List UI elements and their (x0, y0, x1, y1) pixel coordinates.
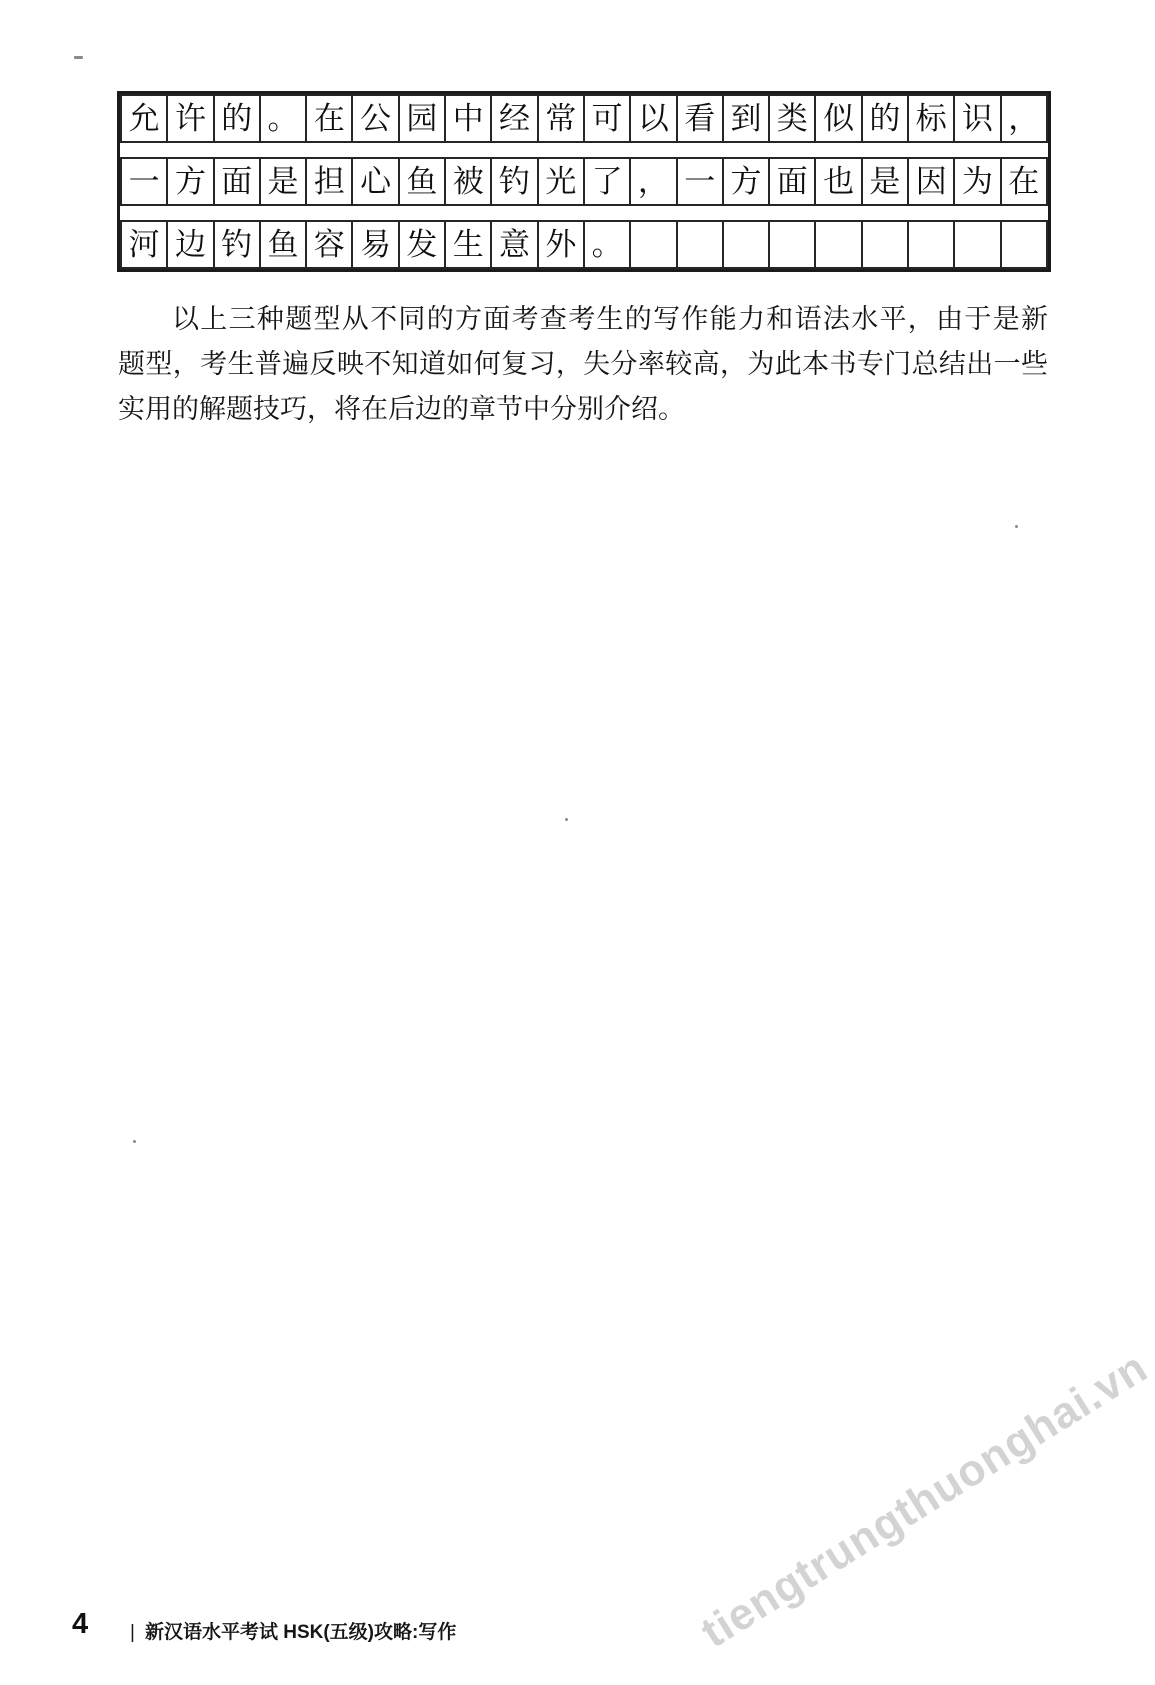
scanned-book-page: 允许的。在公园中经常可以看到类似的标识，一方面是担心鱼被钓光了，一方面也是因为在… (0, 0, 1155, 1685)
scan-speck (1015, 525, 1018, 528)
grid-cell: 面 (768, 157, 816, 206)
scan-speck (74, 56, 83, 59)
grid-cell: 为 (953, 157, 1001, 206)
grid-cell: 方 (722, 157, 770, 206)
page-number: 4 (72, 1608, 88, 1641)
scan-speck (565, 818, 568, 821)
grid-cell: 许 (166, 94, 214, 143)
grid-cell: 生 (444, 220, 492, 269)
grid-row: 河边钓鱼容易发生意外。 (120, 220, 1048, 269)
grid-cell: 一 (120, 157, 168, 206)
grid-cell: 中 (444, 94, 492, 143)
grid-cell (814, 220, 862, 269)
grid-cell: 似 (814, 94, 862, 143)
grid-cell (907, 220, 955, 269)
grid-cell (861, 220, 909, 269)
grid-cell: 是 (259, 157, 307, 206)
grid-cell: 到 (722, 94, 770, 143)
grid-cell (722, 220, 770, 269)
grid-cell: 经 (490, 94, 538, 143)
grid-cell: 鱼 (398, 157, 446, 206)
grid-cell: 在 (1000, 157, 1048, 206)
grid-cell: 的 (861, 94, 909, 143)
grid-cell: 面 (213, 157, 261, 206)
grid-cell: 因 (907, 157, 955, 206)
grid-row-spacer (120, 143, 1048, 157)
grid-cell (629, 220, 677, 269)
grid-cell: 易 (351, 220, 399, 269)
grid-cell: 钓 (490, 157, 538, 206)
body-paragraph: 以上三种题型从不同的方面考查考生的写作能力和语法水平，由于是新题型，考生普遍反映… (118, 297, 1048, 432)
grid-cell: 边 (166, 220, 214, 269)
grid-row: 允许的。在公园中经常可以看到类似的标识， (120, 94, 1048, 143)
grid-cell: 公 (351, 94, 399, 143)
grid-row-spacer (120, 206, 1048, 220)
grid-cell: 方 (166, 157, 214, 206)
grid-cell: 在 (305, 94, 353, 143)
grid-cell: 鱼 (259, 220, 307, 269)
grid-cell: 钓 (213, 220, 261, 269)
paragraph-line: 以上三种题型从不同的方面考查考生的写作能力和语法水平，由于是新 (118, 297, 1048, 342)
grid-cell (768, 220, 816, 269)
grid-cell: 是 (861, 157, 909, 206)
grid-cell: 可 (583, 94, 631, 143)
grid-cell: 担 (305, 157, 353, 206)
grid-cell: 意 (490, 220, 538, 269)
grid-cell: 一 (676, 157, 724, 206)
grid-cell: 河 (120, 220, 168, 269)
grid-cell: 。 (583, 220, 631, 269)
grid-cell (953, 220, 1001, 269)
grid-cell: 园 (398, 94, 446, 143)
grid-cell: 。 (259, 94, 307, 143)
footer-separator: | (130, 1622, 135, 1643)
grid-cell: 光 (537, 157, 585, 206)
grid-cell: 被 (444, 157, 492, 206)
grid-cell: ， (1000, 94, 1048, 143)
grid-cell: 标 (907, 94, 955, 143)
grid-cell: 了 (583, 157, 631, 206)
grid-cell: 常 (537, 94, 585, 143)
paragraph-line: 实用的解题技巧，将在后边的章节中分别介绍。 (118, 387, 1048, 432)
grid-cell: ， (629, 157, 677, 206)
footer-book-title: |新汉语水平考试 HSK(五级)攻略:写作 (130, 1617, 456, 1644)
grid-cell: 的 (213, 94, 261, 143)
grid-cell (1000, 220, 1048, 269)
composition-grid: 允许的。在公园中经常可以看到类似的标识，一方面是担心鱼被钓光了，一方面也是因为在… (117, 91, 1051, 272)
footer-title-text: 新汉语水平考试 HSK(五级)攻略:写作 (145, 1622, 456, 1643)
paragraph-line: 题型，考生普遍反映不知道如何复习，失分率较高，为此本书专门总结出一些 (118, 342, 1048, 387)
scan-speck (133, 1140, 136, 1143)
grid-row: 一方面是担心鱼被钓光了，一方面也是因为在 (120, 157, 1048, 206)
grid-cell: 类 (768, 94, 816, 143)
grid-cell: 看 (676, 94, 724, 143)
grid-cell: 容 (305, 220, 353, 269)
grid-cell: 以 (629, 94, 677, 143)
grid-cell: 允 (120, 94, 168, 143)
grid-cell: 发 (398, 220, 446, 269)
grid-cell: 心 (351, 157, 399, 206)
grid-cell: 识 (953, 94, 1001, 143)
page-footer: 4 |新汉语水平考试 HSK(五级)攻略:写作 (0, 1608, 1155, 1648)
grid-cell: 也 (814, 157, 862, 206)
grid-cell (676, 220, 724, 269)
grid-cell: 外 (537, 220, 585, 269)
